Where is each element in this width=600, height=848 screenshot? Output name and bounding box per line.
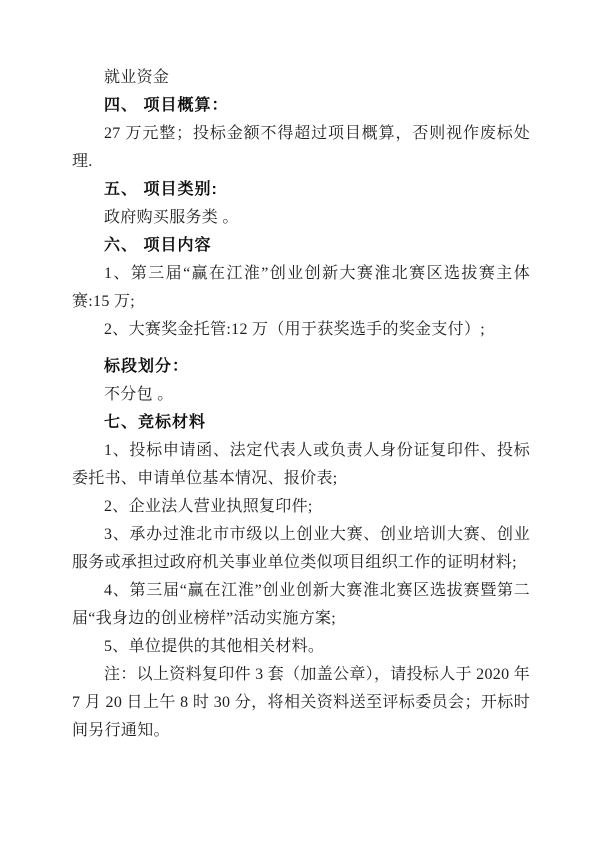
paragraph-material-item-1: 1、投标申请函、法定代表人或负责人身份证复印件、投标委托书、申请单位基本情况、报… [72,437,530,493]
paragraph-lot-division: 不分包 。 [72,381,530,409]
paragraph-content-item-2: 2、大赛奖金托管:12 万（用于获奖选手的奖金支付）; [72,316,530,344]
paragraph-material-item-2: 2、企业法人营业执照复印件; [72,493,530,521]
heading-section-7-bid-materials: 七、竞标材料 [72,409,530,437]
document-page: 就业资金 四、 项目概算： 27 万元整；投标金额不得超过项目概算，否则视作废标… [0,0,600,848]
paragraph-budget-amount: 27 万元整；投标金额不得超过项目概算，否则视作废标处理. [72,120,530,176]
paragraph-project-category: 政府购买服务类 。 [72,204,530,232]
paragraph-material-item-4: 4、第三届“赢在江淮”创业创新大赛淮北赛区选拔赛暨第二届“我身边的创业榜样”活动… [72,577,530,633]
heading-section-5-project-category: 五、 项目类别: [72,176,530,204]
paragraph-material-item-5: 5、单位提供的其他相关材料。 [72,633,530,661]
heading-section-4-project-budget: 四、 项目概算： [72,92,530,120]
heading-lot-division: 标段划分： [72,353,530,381]
paragraph-note: 注：以上资料复印件 3 套（加盖公章），请投标人于 2020 年 7 月 20 … [72,661,530,745]
paragraph-material-item-3: 3、承办过淮北市市级以上创业大赛、创业培训大赛、创业服务或承担过政府机关事业单位… [72,521,530,577]
paragraph-funding-source-continued: 就业资金 [72,64,530,92]
heading-section-6-project-content: 六、 项目内容 [72,232,530,260]
paragraph-content-item-1: 1、第三届“赢在江淮”创业创新大赛淮北赛区选拔赛主体赛:15 万; [72,260,530,316]
